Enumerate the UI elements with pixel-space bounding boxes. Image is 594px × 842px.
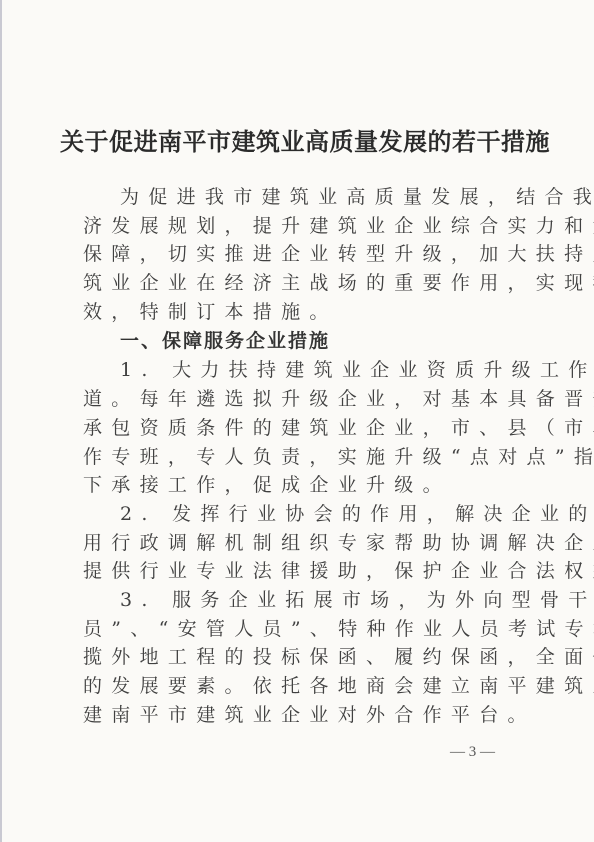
text-line: 用行政调解机制组织专家帮助协调解决企业的纠纷与困难， <box>83 529 515 558</box>
text-line: 下承接工作，促成企业升级。 <box>83 471 515 500</box>
page-number: — 3 — <box>450 744 495 761</box>
text-line: 保障，切实推进企业转型升级，加大扶持力度，充分发挥建 <box>83 240 515 269</box>
item-2-paragraph: 2. 发挥行业协会的作用，解决企业的合理诉求；充分运 用行政调解机制组织专家帮助… <box>83 500 515 586</box>
intro-paragraph: 为促进我市建筑业高质量发展，结合我市“十四五”经 济发展规划，提升建筑业企业综合… <box>83 183 515 326</box>
text-line: 筑业企业在经济主战场的重要作用，实现我市经济的增产增 <box>83 269 515 298</box>
text-line: 为促进我市建筑业高质量发展，结合我市“十四五”经 <box>83 183 515 212</box>
document-body: 为促进我市建筑业高质量发展，结合我市“十四五”经 济发展规划，提升建筑业企业综合… <box>83 183 515 729</box>
document-title: 关于促进南平市建筑业高质量发展的若干措施 <box>60 122 534 157</box>
text-line: 建南平市建筑业企业对外合作平台。 <box>83 701 515 730</box>
text-line: 1. 大力扶持建筑业企业资质升级工作，畅通政企沟通渠 <box>83 356 515 385</box>
page-edge <box>0 0 2 842</box>
text-line: 3. 服务企业拓展市场，为外向型骨干企业设置“八大 <box>83 586 515 615</box>
text-line: 作专班，专人负责，实施升级“点对点”指导帮扶，做好上 <box>83 443 515 472</box>
text-line: 承包资质条件的建筑业企业，市、县（市、区）两级组成工 <box>83 414 515 443</box>
text-line: 济发展规划，提升建筑业企业综合实力和竞争力，以制度做 <box>83 212 515 241</box>
text-line: 道。每年遴选拟升级企业，对基本具备晋升特、一级施工总 <box>83 385 515 414</box>
text-line: 员”、“安管人员”、特种作业人员考试专场。协助提供承 <box>83 615 515 644</box>
item-1-paragraph: 1. 大力扶持建筑业企业资质升级工作，畅通政企沟通渠 道。每年遴选拟升级企业，对… <box>83 356 515 499</box>
text-line: 效，特制订本措施。 <box>83 298 515 327</box>
text-line: 2. 发挥行业协会的作用，解决企业的合理诉求；充分运 <box>83 500 515 529</box>
section-heading: 一、保障服务企业措施 <box>83 326 515 356</box>
item-3-paragraph: 3. 服务企业拓展市场，为外向型骨干企业设置“八大 员”、“安管人员”、特种作业… <box>83 586 515 729</box>
text-line: 的发展要素。依托各地商会建立南平建筑业驻点联络站，搭 <box>83 672 515 701</box>
text-line: 揽外地工程的投标保函、履约保函，全面保障企业“走出去” <box>83 643 515 672</box>
text-line: 提供行业专业法律援助，保护企业合法权益。 <box>83 557 515 586</box>
